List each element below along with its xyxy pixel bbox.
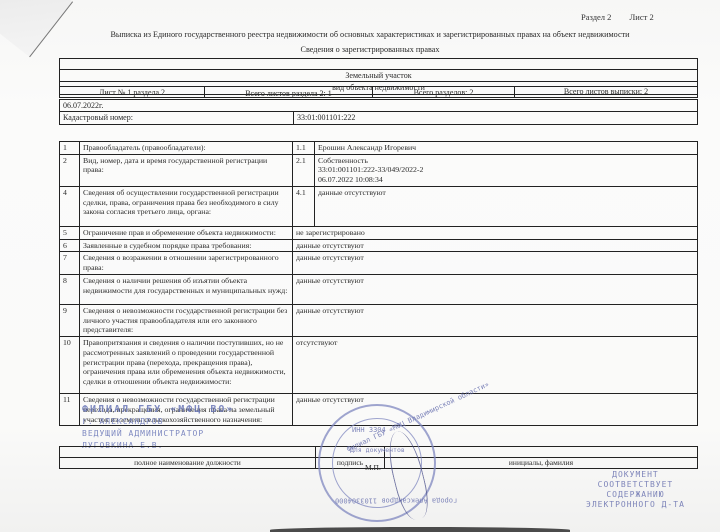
- row-number: 1: [60, 142, 80, 155]
- table-row: 1 Правообладатель (правообладатели): 1.1…: [60, 142, 698, 155]
- right-type: Собственность: [318, 156, 694, 166]
- office-stamp: ФИЛИАЛ ГБУ «МФЦ ВО» г. АЛЕКСАНДРОВ ВЕДУЩ…: [82, 404, 234, 452]
- conformity-stamp: ДОКУМЕНТ СООТВЕТСТВУЕТ СОДЕРЖАНИЮ ЭЛЕКТР…: [586, 470, 685, 510]
- office-stamp-line: ВЕДУЩИЙ АДМИНИСТРАТОР: [82, 428, 234, 440]
- row-label: Ограничение прав и обременение объекта н…: [80, 226, 293, 239]
- cadastral-label: Кадастровый номер:: [60, 112, 293, 124]
- row-number: 6: [60, 239, 80, 252]
- sheet-info-row: Лист № 1 раздела 2 Всего листов раздела …: [59, 86, 698, 98]
- row-label: Правообладатель (правообладатели):: [80, 142, 293, 155]
- office-stamp-line: ФИЛИАЛ ГБУ «МФЦ ВО»: [82, 404, 234, 416]
- conformity-line: СОДЕРЖАНИЮ: [586, 490, 685, 500]
- row-value: данные отсутствуют: [315, 186, 698, 226]
- conformity-line: ЭЛЕКТРОННОГО Д-ТА: [586, 500, 685, 510]
- table-row: 7 Сведения о возражении в отношении заре…: [60, 252, 698, 274]
- row-number: 4: [60, 186, 80, 226]
- sheet-label: Лист 2: [630, 12, 654, 22]
- total-sheets-section: Всего листов раздела 2: 1: [205, 87, 373, 97]
- row-value: данные отсутствуют: [293, 304, 698, 336]
- row-label: Сведения о наличии решения об изъятии об…: [80, 274, 293, 304]
- row-number: 7: [60, 252, 80, 274]
- row-value: данные отсутствуют: [293, 252, 698, 274]
- table-row: 10 Правопритязания и сведения о наличии …: [60, 337, 698, 394]
- office-stamp-line: г. АЛЕКСАНДРОВ: [82, 416, 234, 428]
- row-label: Сведения о возражении в отношении зареги…: [80, 252, 293, 274]
- row-label: Вид, номер, дата и время государственной…: [80, 154, 293, 186]
- document-page: Раздел 2 Лист 2 Выписка из Единого госуд…: [0, 0, 720, 532]
- total-sections: Всего разделов: 2: [373, 87, 515, 97]
- row-number: 2: [60, 154, 80, 186]
- date-cadastral-block: 06.07.2022г. Кадастровый номер: 33:01:00…: [59, 99, 698, 125]
- seal-inn: ИНН 3304: [352, 426, 386, 434]
- seal-bottom-text: города Александров 1103304000: [335, 496, 457, 504]
- document-title: Выписка из Единого государственного реес…: [0, 30, 720, 40]
- row-label: Сведения о невозможности государственной…: [80, 304, 293, 336]
- row-value: данные отсутствуют: [293, 239, 698, 252]
- row-value: Собственность 33:01:001101:222-33/049/20…: [315, 154, 698, 186]
- registration-datetime: 06.07.2022 10:08:34: [318, 175, 694, 185]
- conformity-line: СООТВЕТСТВУЕТ: [586, 480, 685, 490]
- row-sub-number: 4.1: [293, 186, 315, 226]
- extract-date: 06.07.2022г.: [60, 100, 697, 111]
- table-row: 2 Вид, номер, дата и время государственн…: [60, 154, 698, 186]
- page-header-right: Раздел 2 Лист 2: [581, 12, 670, 22]
- cadastral-number: 33:01:001101:222: [293, 112, 697, 124]
- section-label: Раздел 2: [581, 12, 611, 22]
- row-value: не зарегистрировано: [293, 226, 698, 239]
- table-row: 6 Заявленные в судебном порядке права тр…: [60, 239, 698, 252]
- row-label: Правопритязания и сведения о наличии пос…: [80, 337, 293, 394]
- total-sheets-extract: Всего листов выписки: 2: [515, 87, 697, 97]
- row-value: данные отсутствуют: [293, 274, 698, 304]
- row-sub-number: 2.1: [293, 154, 315, 186]
- table-row: 8 Сведения о наличии решения об изъятии …: [60, 274, 698, 304]
- table-row: 4 Сведения об осуществлении государствен…: [60, 186, 698, 226]
- row-number: 9: [60, 304, 80, 336]
- row-value: отсутствуют: [293, 337, 698, 394]
- row-number: 5: [60, 226, 80, 239]
- conformity-line: ДОКУМЕНТ: [586, 470, 685, 480]
- row-number: 10: [60, 337, 80, 394]
- row-number: 11: [60, 394, 80, 426]
- position-label: полное наименование должности: [60, 458, 316, 468]
- row-sub-number: 1.1: [293, 142, 315, 155]
- document-subtitle: Сведения о зарегистрированных правах: [0, 45, 720, 55]
- table-row: 9 Сведения о невозможности государственн…: [60, 304, 698, 336]
- registration-number: 33:01:001101:222-33/049/2022-2: [318, 165, 694, 175]
- row-number: 8: [60, 274, 80, 304]
- row-value: Ерошин Александр Игоревич: [315, 142, 698, 155]
- sheet-number: Лист № 1 раздела 2: [60, 87, 205, 97]
- rights-table: 1 Правообладатель (правообладатели): 1.1…: [59, 141, 698, 426]
- row-label: Заявленные в судебном порядке права треб…: [80, 239, 293, 252]
- object-type-value: Земельный участок: [60, 70, 697, 81]
- bottom-shadow: [270, 527, 570, 532]
- row-label: Сведения об осуществлении государственно…: [80, 186, 293, 226]
- table-row: 5 Ограничение прав и обременение объекта…: [60, 226, 698, 239]
